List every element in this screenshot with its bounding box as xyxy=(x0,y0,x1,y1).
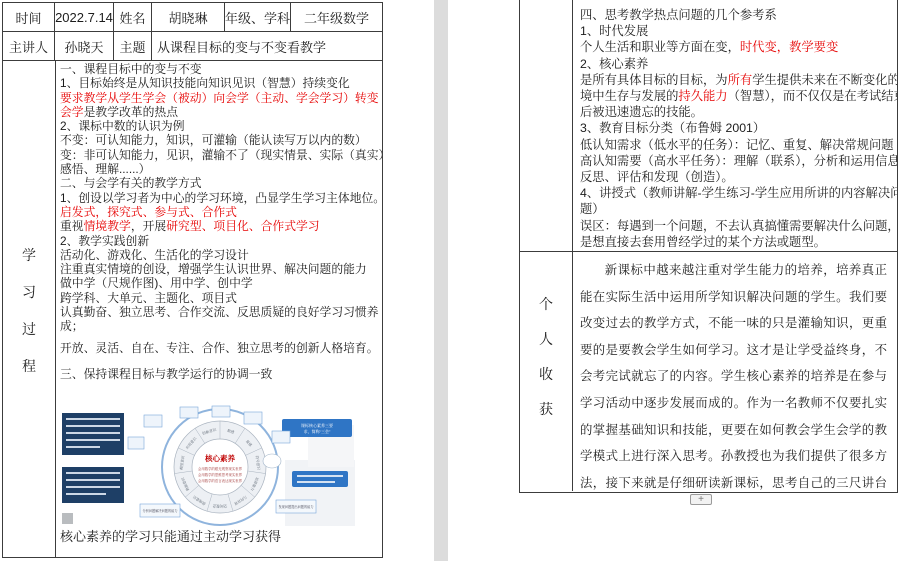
text-line: 三、保持课程目标与教学运行的协调一致 xyxy=(60,367,381,381)
text-line: 是所有具体目标的目标，为所有学生提供未来在不断变化的环 xyxy=(580,72,891,88)
text-line: 开放、灵活、自在、专注、合作、独立思考的创新人格培育。 xyxy=(60,341,381,355)
text-line: 要求教学从学生学会（被动）向会学（主动、学会学习）转变 xyxy=(60,91,381,105)
label-topic: 主题 xyxy=(114,32,152,60)
vertical-label-char: 个 xyxy=(539,296,553,331)
personal-gain-label: 个人收获 xyxy=(520,252,573,491)
callout-bottom-left: 分析问题解决问题的能力 xyxy=(140,504,180,517)
thought-bubble xyxy=(263,454,281,468)
value-time: 2022.7.14 xyxy=(55,3,114,31)
text-line: 是想直接去套用曾经学过的某个方法或题型。 xyxy=(580,234,891,250)
text-line: 误区：每遇到一个问题，不去认真搞懂需要解决什么问题，而 xyxy=(580,218,891,234)
personal-gain-row: 个人收获 新课标中越来越注重对学生能力的培养，培养真正能在实际生活中运用所学知识… xyxy=(520,252,897,491)
vertical-label-char: 人 xyxy=(539,331,553,366)
right-page-table: 四、思考教学热点问题的几个参考系1、时代发展个人生活和职业等方面在变，时代变，教… xyxy=(519,0,898,493)
label-name: 姓名 xyxy=(114,3,152,31)
text-line: 感悟、理解......） xyxy=(60,162,381,176)
text-line: 4、讲授式（教师讲解-学生练习-学生应用所讲的内容解决问 xyxy=(580,185,891,201)
learning-process-content: 一、课程目标中的变与不变1、目标始终是从知识技能向知识见识（智慧）持续变化要求教… xyxy=(56,61,382,557)
learning-process-row: 学习过程 一、课程目标中的变与不变1、目标始终是从知识技能向知识见识（智慧）持续… xyxy=(3,61,382,557)
diagram-bg-shape xyxy=(285,460,355,526)
text-line: 跨学科、大单元、主题化、项目式 xyxy=(60,291,381,305)
text-line: 高认知需要（高水平任务）：理解（联系），分析和运用信息， xyxy=(580,153,891,169)
text-line: 境中生存与发展的持久能力（智慧），而不仅仅是在考试结束 xyxy=(580,88,891,104)
svg-text:求，简称“三会”: 求，简称“三会” xyxy=(304,428,331,434)
learning-process-continued-lines: 四、思考教学热点问题的几个参考系1、时代发展个人生活和职业等方面在变，时代变，教… xyxy=(580,7,891,250)
learning-process-continued-content: 四、思考教学热点问题的几个参考系1、时代发展个人生活和职业等方面在变，时代变，教… xyxy=(573,0,897,251)
text-line: 四、思考教学热点问题的几个参考系 xyxy=(580,7,891,23)
small-window-icon xyxy=(62,513,73,524)
svg-text:分析问题解决问题的能力: 分析问题解决问题的能力 xyxy=(142,508,177,513)
text-line: 不变：可认知能力，知识，可灌输（能认读写万以内的数） xyxy=(60,133,381,147)
personal-gain-paragraph: 新课标中越来越注重对学生能力的培养，培养真正能在实际生活中运用所学知识解决问题的… xyxy=(573,252,897,491)
text-line: 注重真实情境的创设，增强学生认识世界、解决问题的能力 xyxy=(60,262,381,276)
text-line: 2、课标中数的认识为例 xyxy=(60,119,381,133)
svg-text:课标核心素养三要: 课标核心素养三要 xyxy=(301,422,333,428)
vertical-label-char: 收 xyxy=(539,366,553,401)
vertical-label-char: 过 xyxy=(22,321,36,358)
diagram-center-title: 核心素养 xyxy=(204,453,235,463)
page-gap-divider xyxy=(434,0,448,561)
callout-blue-right xyxy=(292,471,348,487)
text-line: 2、教学实践创新 xyxy=(60,234,381,248)
text-line: 启发式，探究式、参与式、合作式 xyxy=(60,205,381,219)
value-topic: 从课程目标的变与不变看教学 xyxy=(152,32,382,60)
vertical-label-char: 程 xyxy=(22,358,36,395)
label-speaker: 主讲人 xyxy=(3,32,55,60)
text-line: 题） xyxy=(580,201,891,217)
add-button[interactable]: + xyxy=(690,494,712,505)
core-literacy-diagram-svg: 数感量感符号意识运算能力几何直观空间观念推理意识数据意识模型意识应用意识创新意识… xyxy=(60,405,358,529)
text-line: 低认知需求（低水平的任务）：记忆、重复、解决常规问题 xyxy=(580,137,891,153)
text-line: 变：非可认知能力，见识，灌输不了（现实情景、实际（真实）、 xyxy=(60,148,381,162)
callout-navy-left xyxy=(62,467,124,503)
callout-navy-top-left xyxy=(62,413,124,455)
svg-text:会用数学的思维思考现实世界: 会用数学的思维思考现实世界 xyxy=(198,472,243,477)
diagram-center-lines: 会用数学的眼光观察现实世界会用数学的思维思考现实世界会用数学的语言表达现实世界 xyxy=(198,466,243,483)
vertical-label-char: 习 xyxy=(22,284,36,321)
label-grade-subject: 年级、学科 xyxy=(225,3,291,31)
label-time: 时间 xyxy=(3,3,55,31)
text-line: 做中学（尺规作图)、用中学、创中学 xyxy=(60,276,381,290)
svg-text:会用数学的眼光观察现实世界: 会用数学的眼光观察现实世界 xyxy=(198,466,243,471)
text-line: 后被迅速遗忘的技能。 xyxy=(580,104,891,120)
vertical-label-char: 学 xyxy=(22,247,36,284)
svg-text:发现问题提出问题的能力: 发现问题提出问题的能力 xyxy=(278,504,313,509)
text-line: 二、与会学有关的教学方式 xyxy=(60,176,381,190)
learning-process-label: 学习过程 xyxy=(3,61,56,557)
value-grade-subject: 二年级数学 xyxy=(291,3,382,31)
learning-process-continued-row: 四、思考教学热点问题的几个参考系1、时代发展个人生活和职业等方面在变，时代变，教… xyxy=(520,0,897,252)
text-line: 重视情境教学，开展研究型、项目化、合作式学习 xyxy=(60,219,381,233)
callout-bottom-right: 发现问题提出问题的能力 xyxy=(276,500,316,513)
text-line: 2、核心素养 xyxy=(580,56,891,72)
callout-three-abilities: 课标核心素养三要 求，简称“三会” xyxy=(282,419,352,437)
text-line: 会学是教学改革的热点 xyxy=(60,105,381,119)
text-line: 3、教育目标分类（布鲁姆 2001） xyxy=(580,120,891,136)
text-line: 1、创设以学习者为中心的学习环境，凸显学生学习主体地位。 xyxy=(60,191,381,205)
text-line: 一、课程目标中的变与不变 xyxy=(60,62,381,76)
text-line: 活动化、游戏化、生活化的学习设计 xyxy=(60,248,381,262)
header-row-1: 时间 2022.7.14 姓名 胡晓琳 年级、学科 二年级数学 xyxy=(3,3,382,32)
text-line: 1、目标始终是从知识技能向知识见识（智慧）持续变化 xyxy=(60,76,381,90)
value-speaker: 孙晓天 xyxy=(55,32,114,60)
text-line: 成； xyxy=(60,319,381,333)
value-name: 胡晓琳 xyxy=(152,3,225,31)
text-line: 认真勤奋、独立思考、合作交流、反思质疑的良好学习习惯养 xyxy=(60,305,381,319)
core-literacy-diagram: 数感量感符号意识运算能力几何直观空间观念推理意识数据意识模型意识应用意识创新意识… xyxy=(60,405,358,529)
left-page-table: 时间 2022.7.14 姓名 胡晓琳 年级、学科 二年级数学 主讲人 孙晓天 … xyxy=(2,2,383,558)
text-line: 1、时代发展 xyxy=(580,23,891,39)
svg-text:空间观念: 空间观念 xyxy=(212,504,227,509)
learning-process-label-empty xyxy=(520,0,573,251)
text-line: 个人生活和职业等方面在变，时代变，教学要变 xyxy=(580,39,891,55)
text-line: 反思、评估和发现（创造）。 xyxy=(580,169,891,185)
header-row-2: 主讲人 孙晓天 主题 从课程目标的变与不变看教学 xyxy=(3,32,382,61)
svg-text:会用数学的语言表达现实世界: 会用数学的语言表达现实世界 xyxy=(198,478,243,483)
vertical-label-char: 获 xyxy=(539,401,553,436)
diagram-caption: 核心素养的学习只能通过主动学习获得 xyxy=(60,530,381,544)
learning-process-lines: 一、课程目标中的变与不变1、目标始终是从知识技能向知识见识（智慧）持续变化要求教… xyxy=(60,62,381,381)
